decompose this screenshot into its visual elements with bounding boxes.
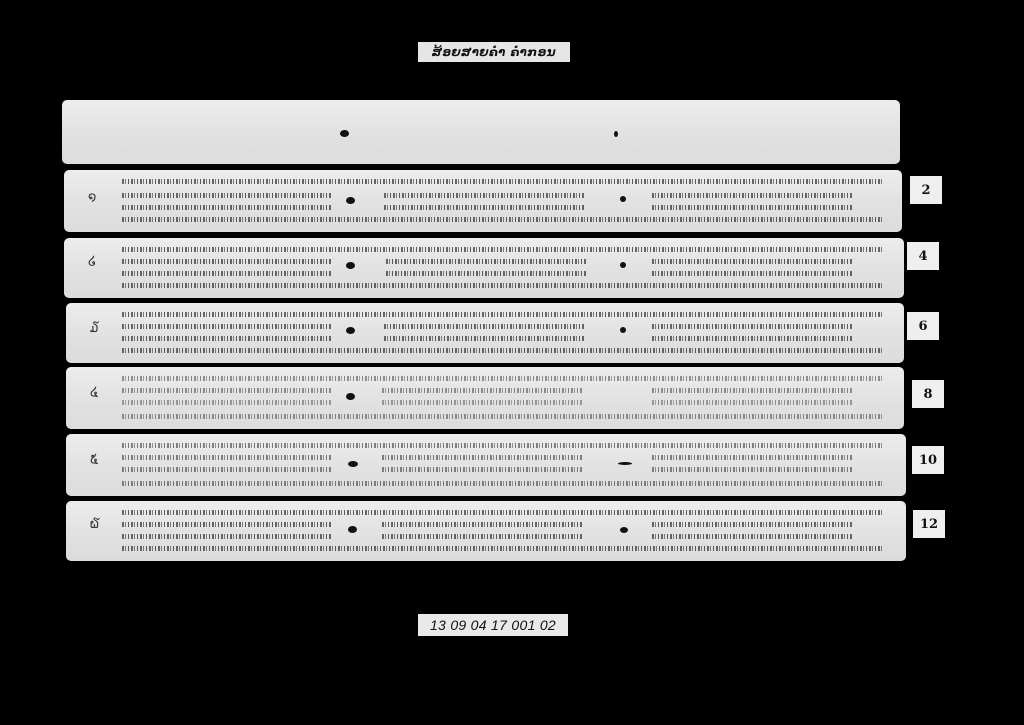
- text-line: [652, 399, 852, 405]
- text-line: [382, 387, 582, 393]
- text-line: [122, 454, 332, 460]
- text-line: [652, 466, 852, 472]
- string-hole-left: [346, 393, 355, 400]
- palm-leaf-cover: [62, 100, 900, 164]
- page-tag: 12: [913, 510, 945, 538]
- text-line: [122, 480, 882, 486]
- string-hole-left: [346, 327, 355, 334]
- text-line: [382, 521, 582, 527]
- palm-leaf-6: ໖: [66, 501, 906, 561]
- text-line: [122, 270, 332, 276]
- palm-leaf-5: ໕: [66, 434, 906, 496]
- text-line: [382, 399, 582, 405]
- string-hole-left: [346, 262, 355, 269]
- text-line: [122, 192, 332, 198]
- string-hole-right: [620, 327, 626, 333]
- text-line: [122, 521, 332, 527]
- text-line: [652, 258, 852, 264]
- text-line: [122, 466, 332, 472]
- text-line: [122, 545, 882, 551]
- archive-id-label: 13 09 04 17 001 02: [418, 614, 568, 636]
- text-line: [652, 335, 852, 341]
- text-line: [122, 323, 332, 329]
- page-tag: 2: [910, 176, 942, 204]
- text-line: [122, 533, 332, 539]
- leaf-number: ໕: [90, 452, 98, 467]
- palm-leaf-2: ໒: [64, 238, 904, 298]
- string-hole-left: [348, 461, 358, 467]
- text-line: [384, 204, 584, 210]
- text-line: [652, 323, 852, 329]
- leaf-number: ໓: [90, 321, 99, 336]
- text-line: [382, 466, 582, 472]
- string-hole-right: [620, 196, 626, 202]
- text-line: [384, 323, 584, 329]
- page-tag: 6: [907, 312, 939, 340]
- text-line: [384, 335, 584, 341]
- text-line: [122, 282, 882, 288]
- text-line: [122, 204, 332, 210]
- text-line: [122, 335, 332, 341]
- string-hole-right: [618, 462, 632, 465]
- text-line: [122, 178, 882, 184]
- string-hole-right: [614, 131, 618, 137]
- text-line: [122, 375, 882, 381]
- text-line: [652, 204, 852, 210]
- text-line: [652, 521, 852, 527]
- text-line: [384, 192, 584, 198]
- text-line: [382, 454, 582, 460]
- text-line: [652, 533, 852, 539]
- text-line: [386, 270, 586, 276]
- string-hole-left: [340, 130, 349, 137]
- text-line: [122, 413, 882, 419]
- palm-leaf-3: ໓: [66, 303, 904, 363]
- text-line: [122, 216, 882, 222]
- string-hole-left: [346, 197, 355, 204]
- text-line: [122, 347, 882, 353]
- text-line: [122, 246, 882, 252]
- page-tag: 4: [907, 242, 939, 270]
- text-line: [382, 533, 582, 539]
- text-line: [122, 399, 332, 405]
- leaf-number: ໑: [88, 190, 96, 205]
- text-line: [652, 270, 852, 276]
- palm-leaf-1: ໑: [64, 170, 902, 232]
- text-line: [652, 387, 852, 393]
- string-hole-right: [620, 527, 628, 533]
- leaf-number: ໔: [90, 385, 98, 400]
- text-line: [122, 387, 332, 393]
- text-line: [122, 258, 332, 264]
- text-line: [652, 192, 852, 198]
- text-line: [652, 454, 852, 460]
- page-tag: 8: [912, 380, 944, 408]
- page-tag: 10: [912, 446, 944, 474]
- leaf-number: ໖: [90, 517, 99, 532]
- text-line: [386, 258, 586, 264]
- leaf-number: ໒: [88, 254, 96, 269]
- text-line: [122, 311, 882, 317]
- string-hole-left: [348, 526, 357, 533]
- palm-leaf-4: ໔: [66, 367, 904, 429]
- text-line: [122, 442, 882, 448]
- string-hole-right: [620, 262, 626, 268]
- text-line: [122, 509, 882, 515]
- manuscript-title-label: ສ້ອຍສາຍຄຳ ຄຳກອນ: [418, 42, 570, 62]
